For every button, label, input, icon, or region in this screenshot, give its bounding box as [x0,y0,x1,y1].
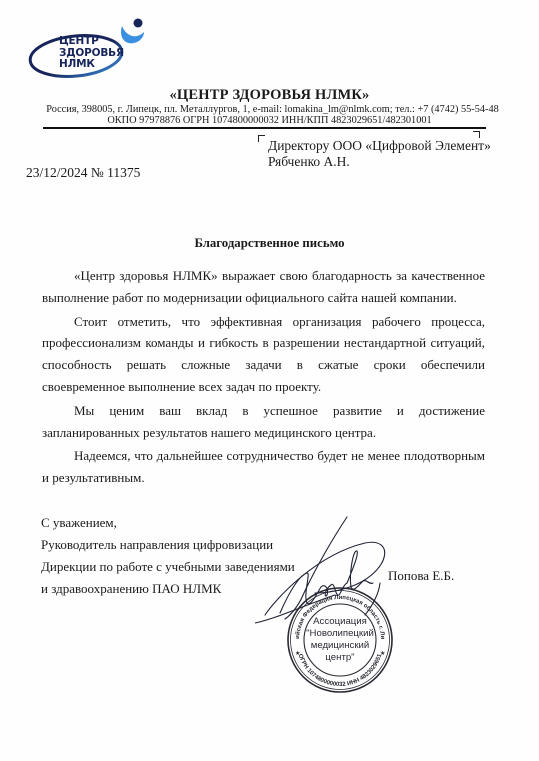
handwritten-signature-icon [255,515,405,625]
paragraph-4: Надеемся, что дальнейшее сотрудничество … [42,445,485,489]
organization-registry: ОКПО 97978876 ОГРН 1074800000032 ИНН/КПП… [0,115,539,126]
addressee-corner-right [473,131,480,138]
paragraph-2: Стоит отметить, что эффективная организа… [42,311,485,398]
logo-wordmark: ЦЕНТР ЗДОРОВЬЯ НЛМК [59,36,124,71]
addressee-position: Директору ООО «Цифровой Элемент» [268,138,491,154]
logo-line-1: ЦЕНТР [59,36,124,48]
letterhead-divider [43,127,486,129]
addressee-name: Рябченко А.Н. [268,154,491,170]
addressee-block: Директору ООО «Цифровой Элемент» Рябченк… [268,138,491,170]
outgoing-date-number: 23/12/2024 № 11375 [26,165,140,181]
organization-title: «ЦЕНТР ЗДОРОВЬЯ НЛМК» [0,87,539,104]
logo-line-3: НЛМК [59,59,124,71]
paragraph-1: «Центр здоровья НЛМК» выражает свою благ… [42,265,485,309]
addressee-corner-left [258,135,265,142]
stamp-line-3: медицинский [311,640,370,652]
stamp-line-2: "Новолипецкий [306,628,374,640]
logo: ЦЕНТР ЗДОРОВЬЯ НЛМК [26,14,146,82]
paragraph-3: Мы ценим ваш вклад в успешное развитие и… [42,400,485,444]
letter-body: «Центр здоровья НЛМК» выражает свою благ… [42,265,485,489]
letter-title: Благодарственное письмо [0,236,539,251]
stamp-line-4: центр" [325,652,354,664]
organization-address: Россия, 398005, г. Липецк, пл. Металлург… [3,104,539,115]
